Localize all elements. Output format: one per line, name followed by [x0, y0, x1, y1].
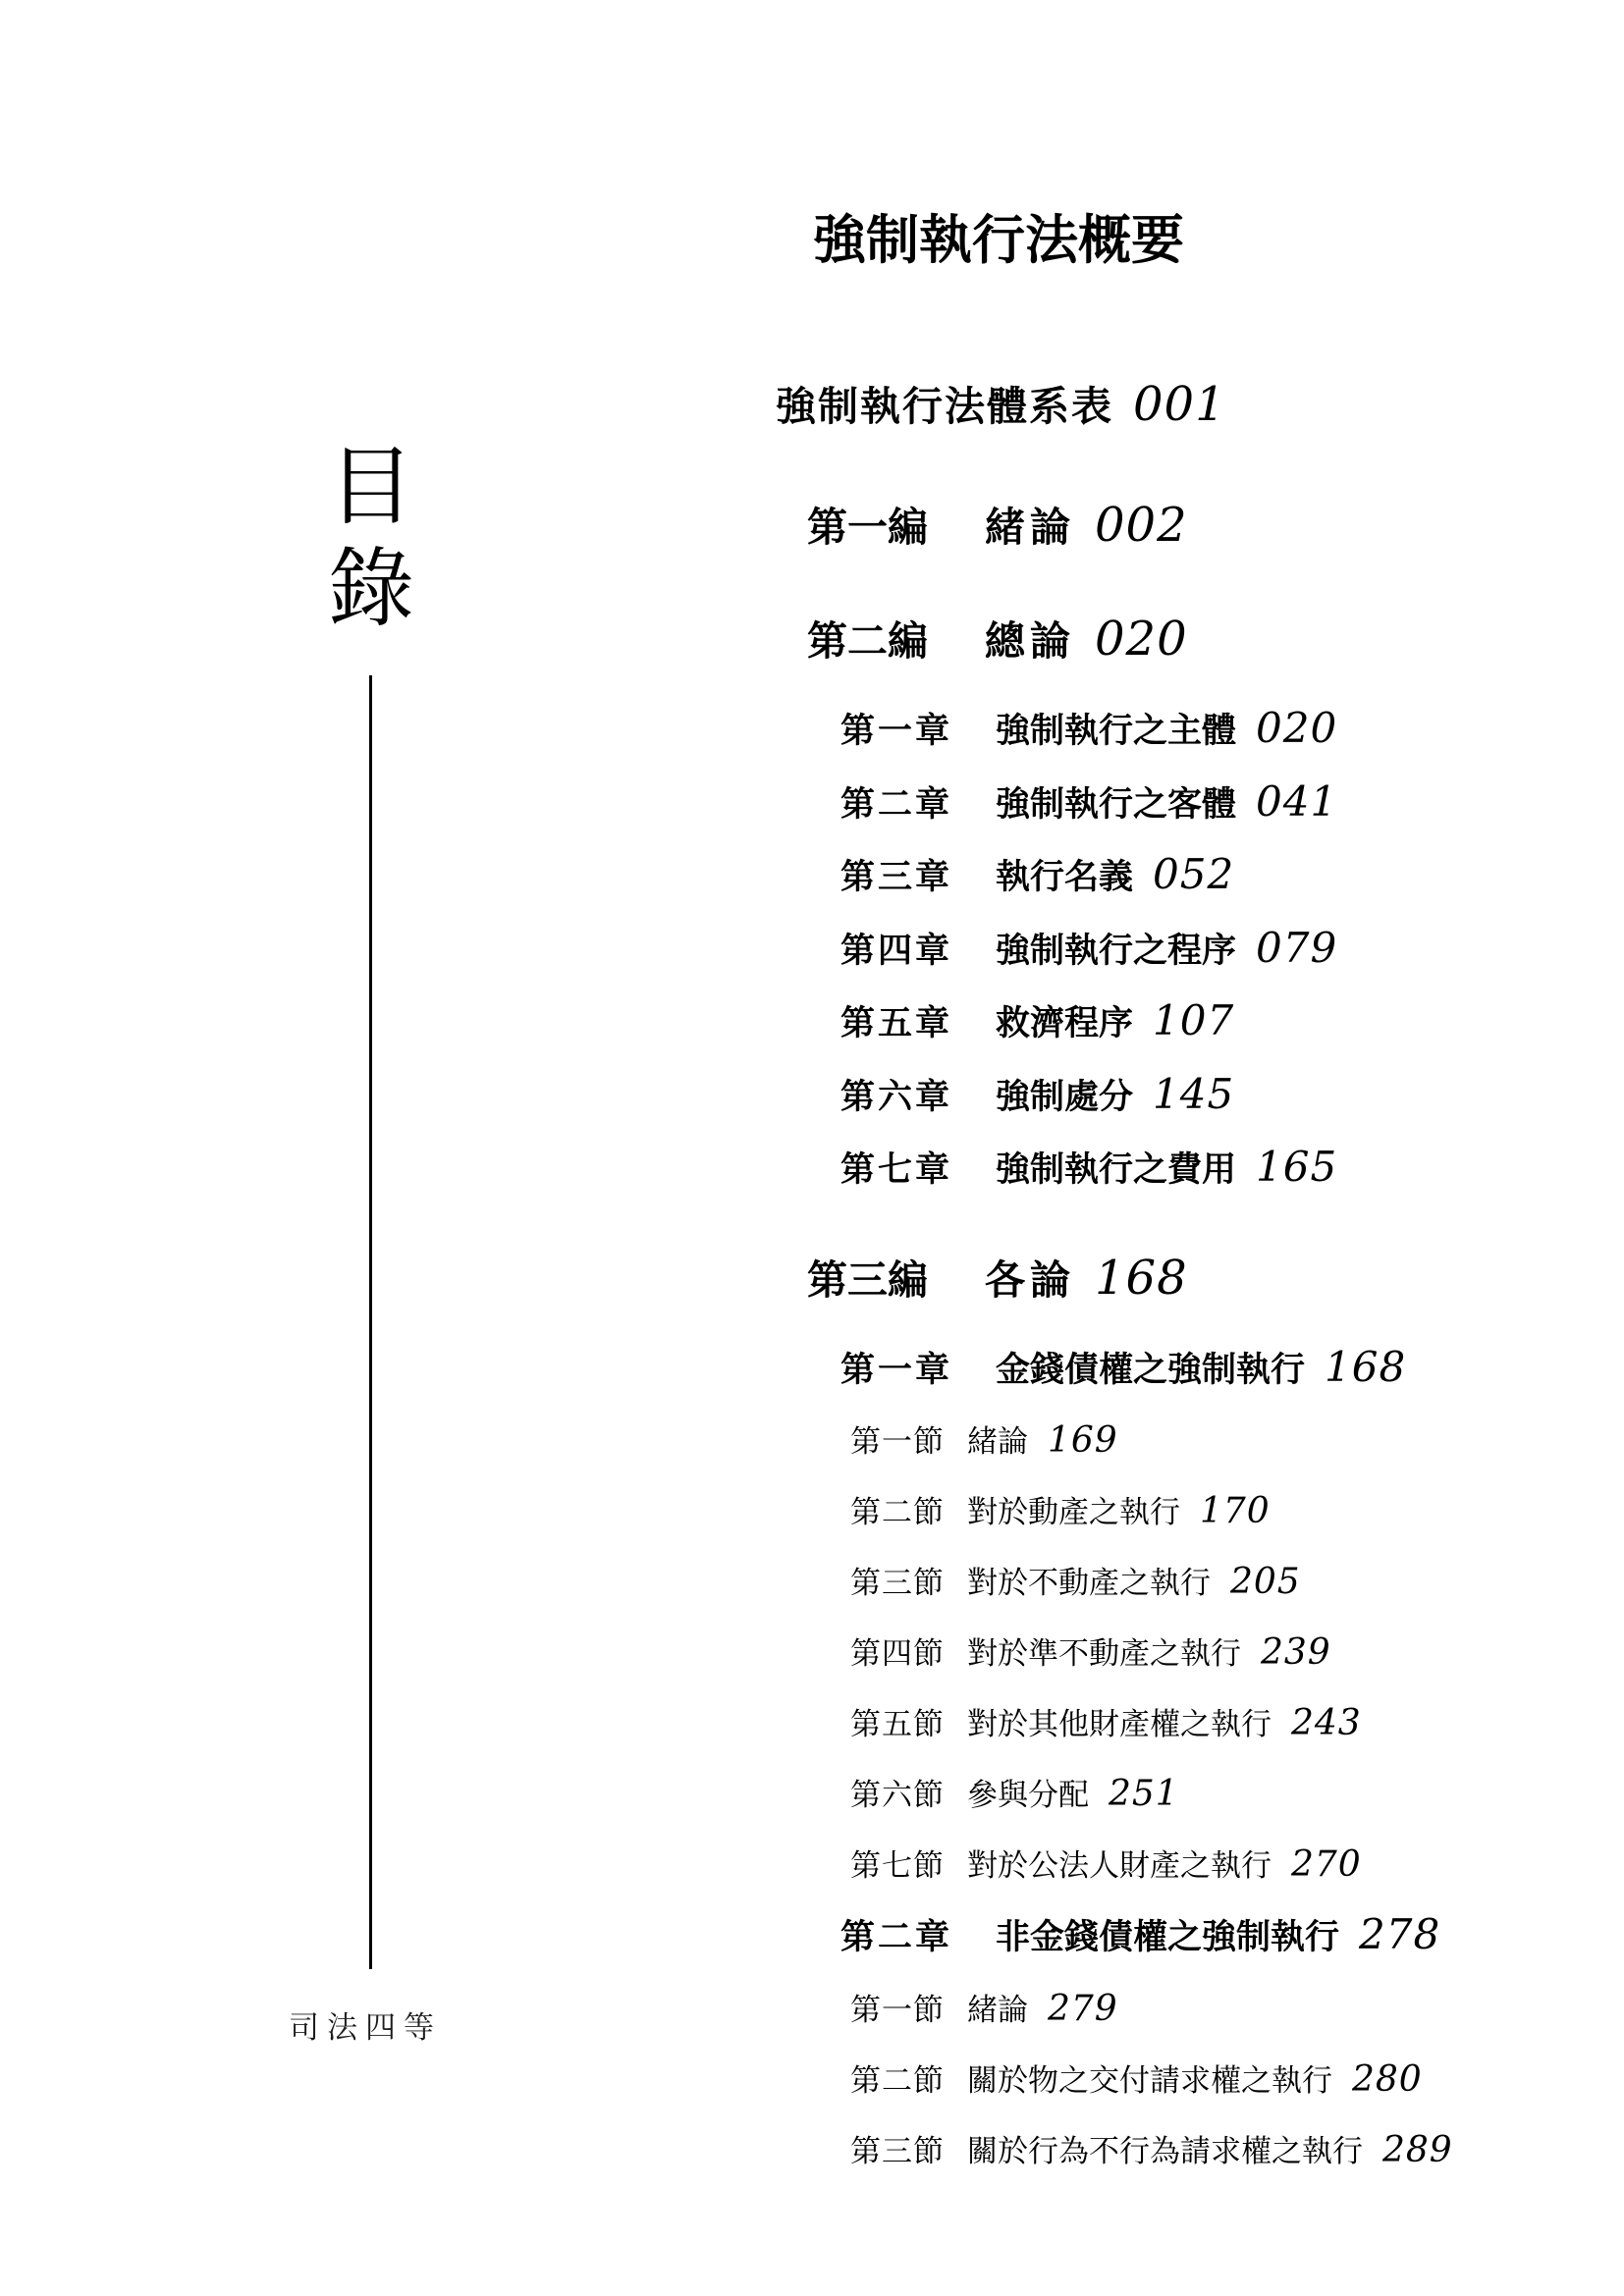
entry-page-number: 168 — [1095, 1251, 1188, 1306]
toc-entry: 第三節對於不動產之執行205 — [0, 1560, 1624, 1604]
toc-entry: 第二節關於物之交付請求權之執行280 — [0, 2057, 1624, 2102]
entry-title: 總論 — [985, 618, 1075, 664]
entry-page-number: 239 — [1261, 1632, 1331, 1673]
toc-entry: 第七章強制執行之費用165 — [0, 1142, 1624, 1194]
entry-title: 強制處分 — [996, 1078, 1133, 1116]
toc-entry: 第一章金錢債權之強制執行168 — [0, 1342, 1624, 1394]
entry-label: 第一節 — [850, 1992, 945, 2030]
toc-entry: 強制執行法體系表001 — [0, 375, 1624, 434]
entry-label: 第二編 — [807, 616, 928, 667]
entry-label: 第二節 — [850, 2062, 945, 2101]
toc-entry: 第一節緒論279 — [0, 1987, 1624, 2031]
entry-title: 關於物之交付請求權之執行 — [967, 2063, 1332, 2098]
entry-title: 強制執行之客體 — [996, 785, 1236, 824]
entry-title: 對於動產之執行 — [967, 1495, 1180, 1529]
entry-title: 緒論 — [967, 1424, 1028, 1459]
toc-entry: 第三編各論168 — [0, 1249, 1624, 1308]
entry-page-number: 020 — [1095, 612, 1188, 667]
entry-label: 第六節 — [850, 1777, 945, 1815]
entry-label: 第四節 — [850, 1635, 945, 1674]
entry-page-number: 270 — [1291, 1844, 1362, 1885]
entry-title: 金錢債權之強制執行 — [996, 1351, 1305, 1389]
entry-title: 關於行為不行為請求權之執行 — [967, 2134, 1363, 2168]
entry-page-number: 279 — [1048, 1989, 1118, 2029]
toc-entry: 第五章救濟程序107 — [0, 995, 1624, 1047]
entry-title: 對於不動產之執行 — [967, 1566, 1211, 1600]
toc-entry: 第五節對於其他財產權之執行243 — [0, 1701, 1624, 1745]
toc-entry: 第二節對於動產之執行170 — [0, 1489, 1624, 1533]
entry-label: 第一編 — [807, 503, 928, 553]
entry-title: 強制執行法體系表 — [776, 384, 1113, 429]
entry-label: 第五章 — [840, 1002, 952, 1045]
entry-page-number: 251 — [1109, 1774, 1179, 1814]
toc-entry: 第四節對於準不動產之執行239 — [0, 1630, 1624, 1675]
entry-page-number: 205 — [1230, 1562, 1301, 1602]
entry-title: 強制執行之費用 — [996, 1150, 1236, 1189]
entry-page-number: 041 — [1256, 777, 1337, 826]
entry-title: 對於其他財產權之執行 — [967, 1707, 1272, 1741]
entry-page-number: 169 — [1048, 1420, 1118, 1461]
entry-title: 參與分配 — [967, 1778, 1089, 1812]
toc-entry: 第六節參與分配251 — [0, 1772, 1624, 1816]
toc-entry: 第一章強制執行之主體020 — [0, 703, 1624, 755]
entry-page-number: 052 — [1153, 850, 1234, 898]
toc-entry: 第三章執行名義052 — [0, 849, 1624, 901]
entry-title: 各論 — [985, 1257, 1075, 1303]
entry-title: 對於準不動產之執行 — [967, 1636, 1241, 1671]
entry-title: 強制執行之程序 — [996, 932, 1236, 970]
entry-label: 第六章 — [840, 1076, 952, 1119]
entry-page-number: 280 — [1352, 2059, 1423, 2100]
entry-label: 第五節 — [850, 1706, 945, 1744]
entry-page-number: 145 — [1153, 1070, 1234, 1118]
toc-entry: 第二章非金錢債權之強制執行278 — [0, 1909, 1624, 1961]
toc-list: 強制執行法體系表001第一編緒論002第二編總論020第一章強制執行之主體020… — [0, 0, 1624, 2172]
entry-title: 緒論 — [985, 505, 1075, 550]
toc-entry: 第六章強制處分145 — [0, 1069, 1624, 1121]
entry-page-number: 170 — [1200, 1491, 1271, 1531]
entry-label: 第三節 — [850, 1565, 945, 1603]
entry-page-number: 168 — [1325, 1343, 1406, 1391]
entry-label: 第三編 — [807, 1255, 928, 1306]
entry-label: 第一節 — [850, 1423, 945, 1462]
toc-entry: 第二編總論020 — [0, 610, 1624, 668]
footer-label: 司法四等 — [289, 2002, 442, 2047]
toc-entry: 第四章強制執行之程序079 — [0, 923, 1624, 975]
entry-title: 非金錢債權之強制執行 — [996, 1918, 1339, 1956]
entry-label: 第二章 — [840, 783, 952, 827]
entry-label: 第三章 — [840, 856, 952, 899]
entry-title: 緒論 — [967, 1993, 1028, 2027]
entry-label: 第四章 — [840, 930, 952, 973]
entry-page-number: 165 — [1256, 1143, 1337, 1191]
entry-label: 第二章 — [840, 1916, 952, 1959]
entry-label: 第七章 — [840, 1148, 952, 1192]
entry-title: 強制執行之主體 — [996, 712, 1236, 750]
toc-entry: 第一編緒論002 — [0, 496, 1624, 555]
entry-page-number: 289 — [1382, 2130, 1453, 2170]
entry-title: 救濟程序 — [996, 1004, 1133, 1042]
entry-label: 第一章 — [840, 1349, 952, 1392]
entry-page-number: 001 — [1133, 377, 1226, 432]
entry-title: 對於公法人財產之執行 — [967, 1848, 1272, 1883]
entry-page-number: 243 — [1291, 1703, 1362, 1743]
toc-entry: 第三節關於行為不行為請求權之執行289 — [0, 2128, 1624, 2172]
entry-page-number: 002 — [1095, 498, 1188, 553]
entry-label: 第二節 — [850, 1494, 945, 1532]
toc-entry: 第二章強制執行之客體041 — [0, 776, 1624, 828]
entry-label: 第一章 — [840, 710, 952, 753]
entry-page-number: 079 — [1256, 924, 1337, 972]
toc-entry: 第七節對於公法人財產之執行270 — [0, 1842, 1624, 1887]
entry-label: 第三節 — [850, 2133, 945, 2171]
entry-page-number: 278 — [1359, 1910, 1440, 1958]
entry-title: 執行名義 — [996, 858, 1133, 896]
toc-entry: 第一節緒論169 — [0, 1418, 1624, 1463]
entry-label: 第七節 — [850, 1847, 945, 1886]
entry-page-number: 107 — [1153, 996, 1234, 1044]
entry-page-number: 020 — [1256, 704, 1337, 752]
